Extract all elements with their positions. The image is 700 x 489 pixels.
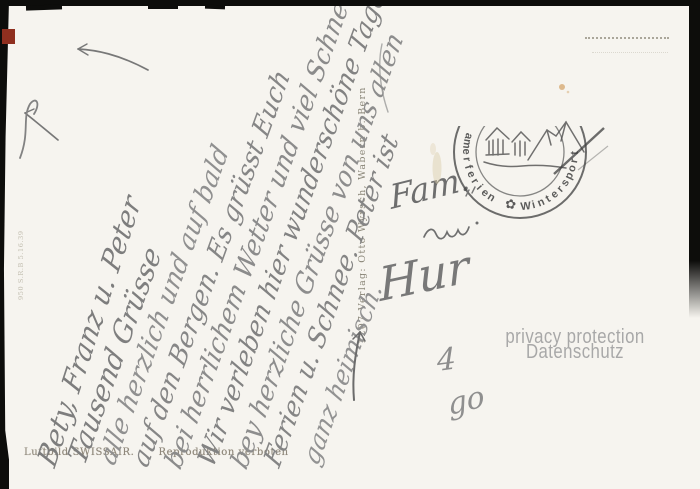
postmark-arc-letter: r	[568, 157, 581, 164]
handwritten-address-line1: Fam.	[388, 158, 472, 217]
scan-edge-torn-bump	[205, 5, 225, 10]
postmark-inner-circle	[476, 108, 564, 196]
postmark-arc-letter: e	[479, 186, 491, 199]
address-dotted-line	[585, 37, 669, 39]
postmark-arc-letter: n	[485, 191, 497, 205]
postmark-arc-letter: W	[520, 200, 532, 213]
postmark-stamp: amerferienWintersport ✿	[448, 78, 608, 218]
privacy-watermark: privacy protection Datenschutz	[474, 330, 676, 360]
postmark-arc-letter: i	[474, 182, 485, 192]
scan-edge-torn-bump	[148, 5, 178, 9]
postmark-cancel-stroke	[554, 128, 604, 174]
postcard-scan: 1207 Verlag: Otto Wyrsch, Wabern b. Bern…	[0, 0, 700, 489]
address-dotted-line-faint	[592, 52, 668, 53]
scan-edge-left	[0, 0, 9, 489]
postmark-arc-letter: r	[555, 183, 567, 195]
postmark-chalet-mountain-art	[484, 122, 584, 168]
red-marker-square	[2, 29, 15, 44]
postmark-flower-icon: ✿	[504, 197, 517, 214]
handwritten-address-line2: Hur	[377, 239, 471, 312]
postmark-arc-letter: e	[549, 188, 561, 201]
serial-imprint: 950 S.R.B 5.16.39	[17, 238, 25, 300]
postmark-cancel-stroke-faint	[578, 146, 608, 170]
postmark-arc-letter: a	[462, 132, 476, 142]
postmark-arc-letter: i	[531, 199, 537, 211]
scan-edge-torn-bump	[26, 4, 62, 10]
handwritten-mark2: go	[446, 379, 487, 423]
postmark-arc-letter: p	[563, 170, 577, 182]
postmark-fade-mask	[448, 78, 596, 126]
postmark-arc-letter: t	[543, 193, 553, 205]
postmark-arc-letter: t	[569, 151, 581, 155]
postmark-arc-letter: e	[460, 148, 472, 154]
handwriting-wave	[424, 227, 469, 239]
scan-edge-top	[0, 0, 700, 6]
postmark-arc-letter: o	[566, 163, 580, 173]
postmark-arc-letter: m	[460, 138, 473, 150]
postmark-outer-circle	[454, 86, 586, 218]
handwritten-mark1: 4	[436, 341, 456, 379]
scan-edge-right	[689, 0, 700, 318]
postmark-arc-letter: n	[536, 196, 547, 210]
postmark-arc-letter: s	[559, 177, 572, 189]
postmark-arc-text: amerferienWintersport	[460, 132, 581, 214]
